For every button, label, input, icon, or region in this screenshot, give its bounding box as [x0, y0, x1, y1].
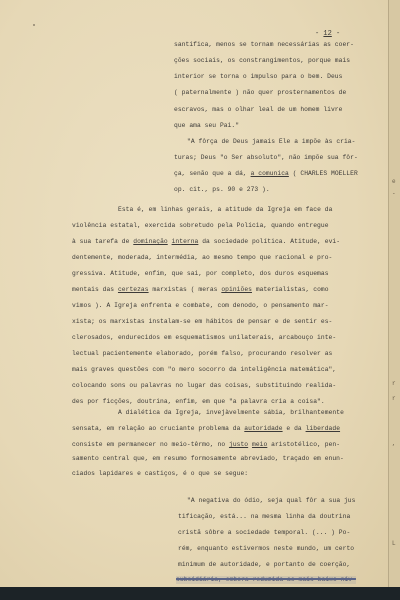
quote-line: "A negativa do ódio, seja qual fôr a sua… — [187, 497, 355, 505]
quote-line: minimum de autoridade, e portanto de coe… — [178, 561, 350, 569]
paper-speck — [33, 24, 35, 26]
underlined-term: autoridade — [244, 425, 282, 432]
quote-line: ( paternalmente ) não quer prosternament… — [174, 89, 346, 97]
quote-line: interior se torna o impulso para o bem. … — [174, 73, 342, 81]
body-line: dentemente, moderada, intermédia, ao mes… — [72, 254, 332, 262]
body-line: gressiva. Atitude, enfim, que sai, por c… — [72, 270, 329, 278]
body-line: ciados lapidares e castiços, é o que se … — [72, 470, 248, 478]
underlined-term: opiniões — [221, 286, 252, 293]
underlined-term: meio — [252, 441, 267, 448]
quote-line: santifica, menos se tornam necessárias a… — [174, 41, 354, 49]
margin-mark: r — [392, 395, 396, 402]
body-line: violência estatal, exercida sobretudo pe… — [72, 222, 329, 230]
quote-line: turas; Deus "o Ser absoluto", não impõe … — [174, 154, 358, 162]
quote-line: ça, senão que a dá, a comunica ( CHARLES… — [174, 170, 358, 178]
quote-line: rém, enquanto estivermos neste mundo, um… — [178, 545, 354, 553]
body-line: à sua tarefa de dominação interna da soc… — [72, 238, 340, 246]
underlying-page-edge: e - r r , L — [388, 0, 400, 587]
quote-line: escravos, mas o olhar leal de um homem l… — [174, 106, 342, 114]
quote-line: tificação, está... na mesma linha da dou… — [178, 513, 350, 521]
underlined-term: interna — [172, 238, 199, 245]
underlined-term: liberdade — [306, 425, 340, 432]
margin-mark: e — [392, 178, 396, 185]
citation-line: op. cit., ps. 90 e 273 ). — [174, 186, 270, 194]
body-line: colocando sons ou palavras no lugar das … — [72, 382, 336, 390]
scan-background — [0, 587, 400, 600]
underlined-term: justo — [229, 441, 248, 448]
body-line: clerosados, endurecidos em esquematismos… — [72, 334, 336, 342]
body-line: Esta é, em linhas gerais, a atitude da I… — [118, 206, 332, 214]
quote-line: "A fôrça de Deus jamais Ele a impõe às c… — [187, 138, 355, 146]
body-line: vimos ). A Igreja enfrenta e combate, co… — [72, 302, 329, 310]
margin-mark: - — [392, 190, 396, 197]
quote-line: cristã sôbre a sociedade temporal. (... … — [178, 529, 350, 537]
body-line: mais graves questões com "o mero socorro… — [72, 366, 336, 374]
document-page: - 12 - santifica, menos se tornam necess… — [0, 0, 388, 588]
margin-mark: , — [392, 440, 396, 447]
body-line: lectual pacientemente elaborado, porém f… — [72, 350, 332, 358]
quote-line: ções sociais, os constrangimentos, porqu… — [174, 57, 350, 65]
margin-mark: r — [392, 380, 396, 387]
body-line: mentais das certezas marxistas ( meras o… — [72, 286, 329, 294]
underlined-term: dominação — [133, 238, 167, 245]
body-line: samento central que, em resumo formosame… — [72, 455, 344, 463]
margin-mark: L — [392, 540, 396, 547]
page-number: - 12 - — [315, 30, 340, 38]
struck-through-line: subsidiária, embora reduzida ao mais bai… — [176, 576, 356, 584]
body-line: A dialética da Igreja, invejàvelmente sá… — [118, 409, 344, 417]
underlined-term: certezas — [118, 286, 149, 293]
underlined-term: a comunica — [251, 170, 289, 177]
quote-line: que ama seu Pai." — [174, 122, 239, 130]
body-line: xista; os marxistas instalam-se em hábit… — [72, 318, 332, 326]
body-line: des por ficções, doutrina, enfim, em que… — [72, 398, 325, 406]
body-line: sensata, em relação ao cruciante problem… — [72, 425, 340, 433]
body-line: consiste em permanecer no meio-têrmo, no… — [72, 441, 340, 449]
